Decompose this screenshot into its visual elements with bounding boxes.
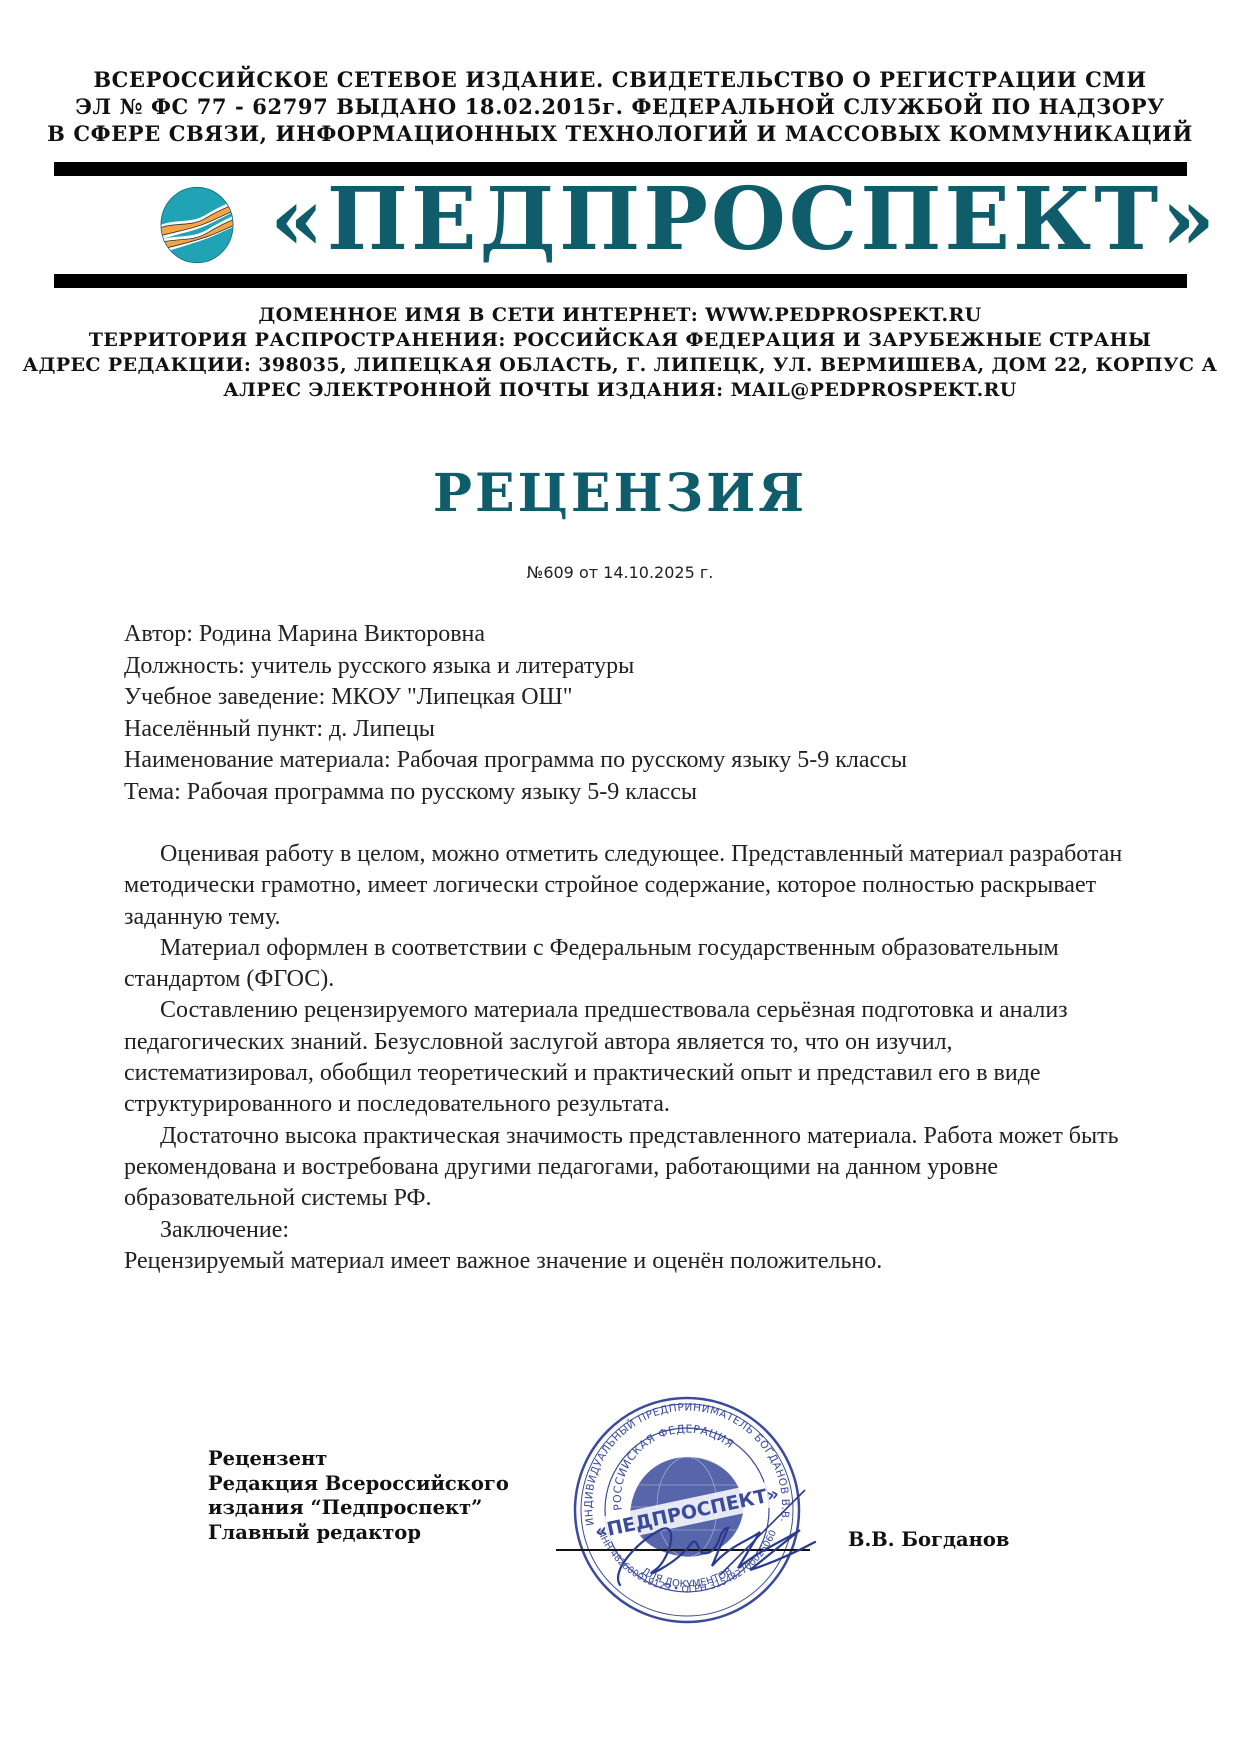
bottom-divider-bar [54, 274, 1187, 288]
reviewer-role: Главный редактор [208, 1521, 509, 1546]
reviewer-org-line: издания “Педпроспект” [208, 1496, 509, 1521]
review-paragraph: Материал оформлен в соответствии с Федер… [124, 933, 1134, 996]
review-paragraph: Оценивая работу в целом, можно отметить … [124, 839, 1134, 933]
author-details: Автор: Родина Марина Викторовна Должност… [124, 619, 907, 808]
registration-line: В СФЕРЕ СВЯЗИ, ИНФОРМАЦИОННЫХ ТЕХНОЛОГИЙ… [0, 120, 1240, 147]
document-title: РЕЦЕНЗИЯ [0, 464, 1240, 524]
address-line: АДРЕС РЕДАКЦИИ: 398035, ЛИПЕЦКАЯ ОБЛАСТЬ… [0, 353, 1240, 378]
review-paragraph: Достаточно высока практическая значимост… [124, 1121, 1134, 1215]
reviewer-label: Рецензент [208, 1447, 509, 1472]
brand-name: «ПЕДПРОСПЕКТ» [270, 168, 1110, 272]
registration-header: ВСЕРОССИЙСКОЕ СЕТЕВОЕ ИЗДАНИЕ. СВИДЕТЕЛЬ… [0, 66, 1240, 147]
meta-material-name: Наименование материала: Рабочая программ… [124, 745, 907, 777]
domain-line: ДОМЕННОЕ ИМЯ В СЕТИ ИНТЕРНЕТ: WWW.PEDPRO… [0, 303, 1240, 328]
reviewer-block: Рецензент Редакция Всероссийского издани… [208, 1447, 509, 1545]
editor-name: В.В. Богданов [848, 1528, 1009, 1551]
review-body: Оценивая работу в целом, можно отметить … [124, 839, 1134, 1277]
territory-line: ТЕРРИТОРИЯ РАСПРОСТРАНЕНИЯ: РОССИЙСКАЯ Ф… [0, 328, 1240, 353]
meta-position: Должность: учитель русского языка и лите… [124, 651, 907, 683]
registration-line: ЭЛ № ФС 77 - 62797 ВЫДАНО 18.02.2015г. Ф… [0, 93, 1240, 120]
globe-waves-logo-icon [156, 184, 238, 266]
reviewer-org-line: Редакция Всероссийского [208, 1472, 509, 1497]
document-number: №609 от 14.10.2025 г. [0, 563, 1240, 582]
email-line: АЛРЕС ЭЛЕКТРОННОЙ ПОЧТЫ ИЗДАНИЯ: MAIL@PE… [0, 378, 1240, 403]
conclusion-text: Рецензируемый материал имеет важное знач… [124, 1246, 1134, 1277]
publication-info: ДОМЕННОЕ ИМЯ В СЕТИ ИНТЕРНЕТ: WWW.PEDPRO… [0, 303, 1240, 403]
meta-locality: Населённый пункт: д. Липецы [124, 714, 907, 746]
meta-institution: Учебное заведение: МКОУ "Липецкая ОШ" [124, 682, 907, 714]
handwritten-signature-icon [600, 1470, 830, 1600]
conclusion-heading: Заключение: [124, 1215, 1134, 1246]
registration-line: ВСЕРОССИЙСКОЕ СЕТЕВОЕ ИЗДАНИЕ. СВИДЕТЕЛЬ… [0, 66, 1240, 93]
meta-topic: Тема: Рабочая программа по русскому язык… [124, 777, 907, 809]
review-paragraph: Составлению рецензируемого материала пре… [124, 995, 1134, 1120]
meta-author: Автор: Родина Марина Викторовна [124, 619, 907, 651]
